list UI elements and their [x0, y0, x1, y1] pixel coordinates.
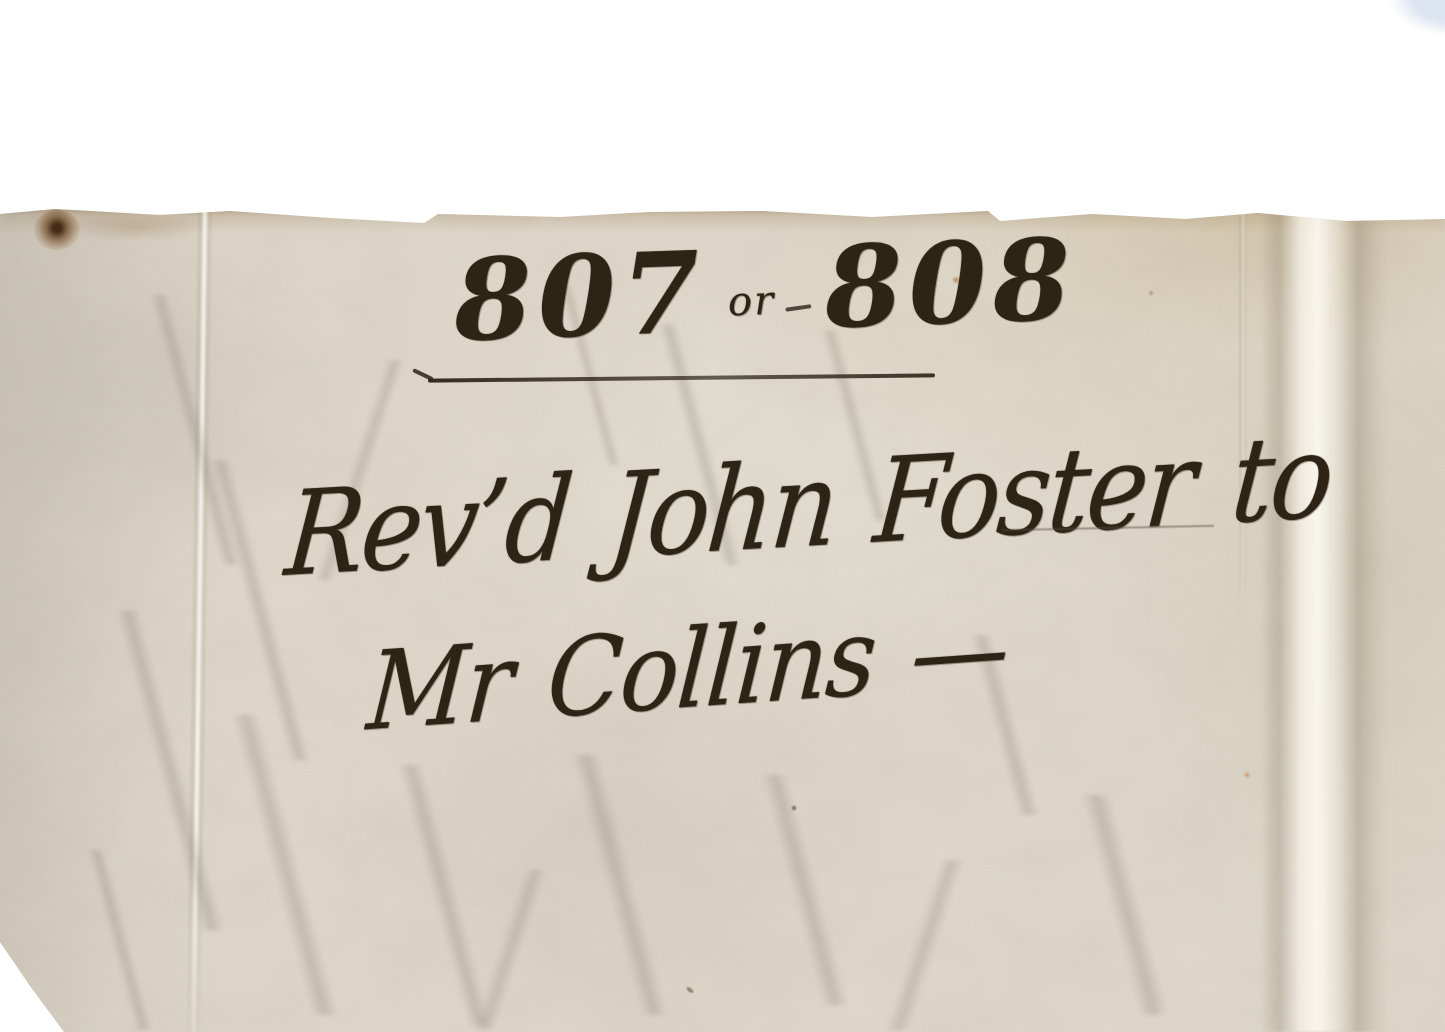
photograph: 807 or 808 Rev’d John Foster to Mr Colli…	[0, 0, 1445, 1032]
ghost-ink-stroke	[420, 870, 600, 1030]
background-object-top-right	[1390, 0, 1445, 36]
letter-paper: 807 or 808 Rev’d John Foster to Mr Colli…	[0, 0, 1445, 1032]
foxing-stain-halo	[66, 212, 206, 242]
ghost-ink-stroke	[1005, 795, 1245, 1015]
date-connector-dash	[785, 304, 811, 312]
ghost-ink-stroke	[830, 860, 1020, 1030]
ghost-ink-stroke	[55, 850, 185, 1030]
date-conjunction: or	[727, 281, 776, 323]
rust-speck	[1243, 771, 1251, 779]
date-number-right: 808	[823, 224, 1079, 345]
rust-speck	[1148, 290, 1154, 296]
right-fold-crease	[1260, 206, 1386, 1032]
date-number-left: 807	[452, 237, 708, 358]
date-line: 807 or 808	[452, 224, 1078, 358]
